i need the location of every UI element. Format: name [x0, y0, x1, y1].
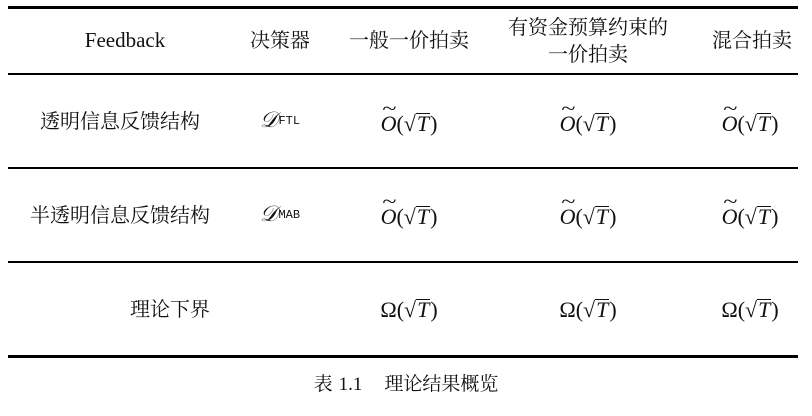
sqrt-sign: √ — [404, 204, 416, 229]
op-symbol: Ω — [380, 298, 396, 322]
sqrt-icon: √T — [404, 112, 430, 136]
sqrt-arg: T — [595, 206, 609, 227]
header-general-auction: 一般一价拍卖 — [334, 28, 484, 52]
sqrt-sign: √ — [404, 297, 416, 322]
sqrt-icon: √T — [404, 298, 430, 322]
caption-number: 1.1 — [339, 374, 363, 395]
sqrt-arg: T — [757, 113, 771, 134]
op-symbol: O — [722, 112, 738, 136]
row-3-mixed-bound: Ω(√T) — [680, 298, 812, 322]
row-3-general-bound: Ω(√T) — [334, 298, 484, 322]
header-rule — [8, 73, 798, 75]
sqrt-icon: √T — [404, 205, 430, 229]
decider-symbol: 𝒟 — [260, 203, 278, 227]
sqrt-sign: √ — [583, 297, 595, 322]
table-caption: 表1.1理论结果概览 — [0, 372, 812, 397]
op-symbol: Ω — [559, 298, 575, 322]
sqrt-icon: √T — [583, 298, 609, 322]
sqrt-sign: √ — [745, 204, 757, 229]
row-3-label: 理论下界 — [100, 297, 240, 321]
header-budget-line2: 一价拍卖 — [548, 41, 628, 68]
row-1-mixed-bound: O(√T) — [680, 112, 812, 136]
sqrt-arg: T — [416, 113, 430, 134]
op-symbol: O — [381, 112, 397, 136]
sqrt-arg: T — [595, 113, 609, 134]
sqrt-icon: √T — [745, 298, 771, 322]
header-budget-line1: 有资金预算约束的 — [508, 14, 668, 41]
decider-symbol: 𝒟 — [260, 109, 278, 133]
row-2-general-bound: O(√T) — [334, 205, 484, 229]
row-2-label: 半透明信息反馈结构 — [10, 203, 230, 227]
header-feedback: Feedback — [40, 28, 210, 52]
row-1-budget-bound: O(√T) — [513, 112, 663, 136]
sqrt-icon: √T — [583, 205, 609, 229]
close-paren: ) — [609, 298, 616, 322]
row-1-rule — [8, 167, 798, 169]
sqrt-sign: √ — [404, 111, 416, 136]
close-paren: ) — [771, 298, 778, 322]
row-2-rule — [8, 261, 798, 263]
op-symbol: O — [560, 205, 576, 229]
sqrt-sign: √ — [745, 297, 757, 322]
sqrt-arg: T — [416, 206, 430, 227]
op-symbol: O — [560, 112, 576, 136]
sqrt-sign: √ — [583, 111, 595, 136]
top-rule — [8, 6, 798, 9]
caption-prefix: 表 — [314, 373, 333, 395]
sqrt-arg: T — [757, 206, 771, 227]
close-paren: ) — [430, 112, 437, 136]
sqrt-icon: √T — [745, 205, 771, 229]
op-symbol: Ω — [721, 298, 737, 322]
sqrt-arg: T — [757, 299, 771, 320]
close-paren: ) — [771, 205, 778, 229]
close-paren: ) — [430, 298, 437, 322]
sqrt-sign: √ — [583, 204, 595, 229]
sqrt-icon: √T — [745, 112, 771, 136]
row-2-budget-bound: O(√T) — [513, 205, 663, 229]
row-1-decider: 𝒟FTL — [240, 109, 320, 133]
open-paren: ( — [738, 298, 745, 322]
sqrt-arg: T — [416, 299, 430, 320]
bottom-rule — [8, 355, 798, 358]
header-mixed-auction: 混合拍卖 — [700, 28, 804, 52]
decider-superscript: MAB — [278, 203, 300, 227]
caption-title: 理论结果概览 — [384, 373, 498, 395]
sqrt-icon: √T — [583, 112, 609, 136]
open-paren: ( — [397, 298, 404, 322]
row-3-budget-bound: Ω(√T) — [513, 298, 663, 322]
decider-superscript: FTL — [278, 109, 300, 133]
row-1-label: 透明信息反馈结构 — [20, 109, 220, 133]
sqrt-sign: √ — [745, 111, 757, 136]
op-symbol: O — [722, 205, 738, 229]
close-paren: ) — [609, 112, 616, 136]
close-paren: ) — [430, 205, 437, 229]
sqrt-arg: T — [595, 299, 609, 320]
header-budget-auction: 有资金预算约束的 一价拍卖 — [488, 14, 688, 68]
close-paren: ) — [771, 112, 778, 136]
open-paren: ( — [576, 298, 583, 322]
row-2-decider: 𝒟MAB — [240, 203, 320, 227]
row-1-general-bound: O(√T) — [334, 112, 484, 136]
op-symbol: O — [381, 205, 397, 229]
row-2-mixed-bound: O(√T) — [680, 205, 812, 229]
close-paren: ) — [609, 205, 616, 229]
header-decider: 决策器 — [240, 28, 320, 52]
